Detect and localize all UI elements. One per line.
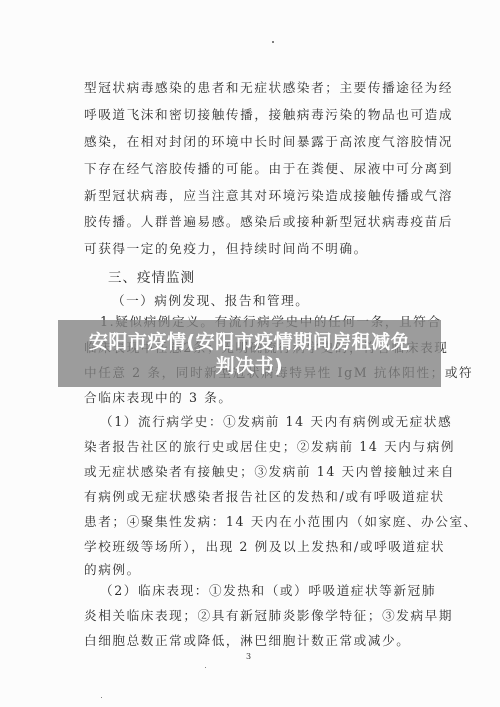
paragraph-line: 型冠状病毒感染的患者和无症状感染者；主要传播途径为经 [84,80,424,96]
epidemiology-line: 染者报告社区的旅行史或居住史；②发病前 14 天内与病例 [84,439,424,455]
epidemiology-line: 或无症状感染者有接触史；③发病前 14 天内曾接触过来自 [84,464,424,480]
title-overlay-banner: 安阳市疫情(安阳市疫情期间房租减免 判决书) [58,320,441,387]
epidemiology-line: 的病例。 [84,562,424,578]
paragraph-line: 可获得一定的免疫力，但持续时间尚不明确。 [84,241,424,257]
subsection-heading: （一）病例发现、报告和管理。 [112,290,309,309]
overlay-title-line-2: 判决书) [65,354,435,378]
clinical-line: 白细胞总数正常或降低，淋巴细胞计数正常或减少。 [84,633,424,649]
section-heading: 三、疫情监测 [108,266,195,286]
overlay-title-line-1: 安阳市疫情(安阳市疫情期间房租减免 [65,330,435,354]
paragraph-line: 新型冠状病毒，应当注意其对环境污染造成接触传播或气溶 [84,188,424,204]
paragraph-line: 呼吸道飞沫和密切接触传播，接触病毒污染的物品也可造成 [84,107,424,123]
epidemiology-line: 有病例或无症状感染者报告社区的发热和/或有呼吸道症状 [84,489,424,505]
epidemiology-line: 患者；④聚集性发病：14 天内在小范围内（如家庭、办公室、 [84,514,424,530]
definition-line: 合临床表现中的 3 条。 [84,390,424,406]
paragraph-line: 感染，在相对封闭的环境中长时间暴露于高浓度气溶胶情况 [84,134,424,150]
document-page: 型冠状病毒感染的患者和无症状感染者；主要传播途径为经 呼吸道飞沫和密切接触传播，… [0,0,500,707]
scan-speck [205,667,206,668]
clinical-line: （2）临床表现：①发热和（或）呼吸道症状等新冠肺 [100,583,440,599]
clinical-line: 炎相关临床表现；②具有新冠肺炎影像学特征；③发病早期 [84,608,424,624]
paragraph-line: 胶传播。人群普遍易感。感染后或接种新型冠状病毒疫苗后 [84,214,424,230]
epidemiology-line: 学校班级等场所），出现 2 例及以上发热和/或呼吸道症状 [84,539,424,555]
scan-speck [101,697,102,698]
page-number: 3 [246,652,251,661]
epidemiology-line: （1）流行病学史：①发病前 14 天内有病例或无症状感 [100,414,440,430]
scan-speck [272,41,274,43]
paragraph-line: 下存在经气溶胶传播的可能。由于在粪便、尿液中可分离到 [84,161,424,177]
